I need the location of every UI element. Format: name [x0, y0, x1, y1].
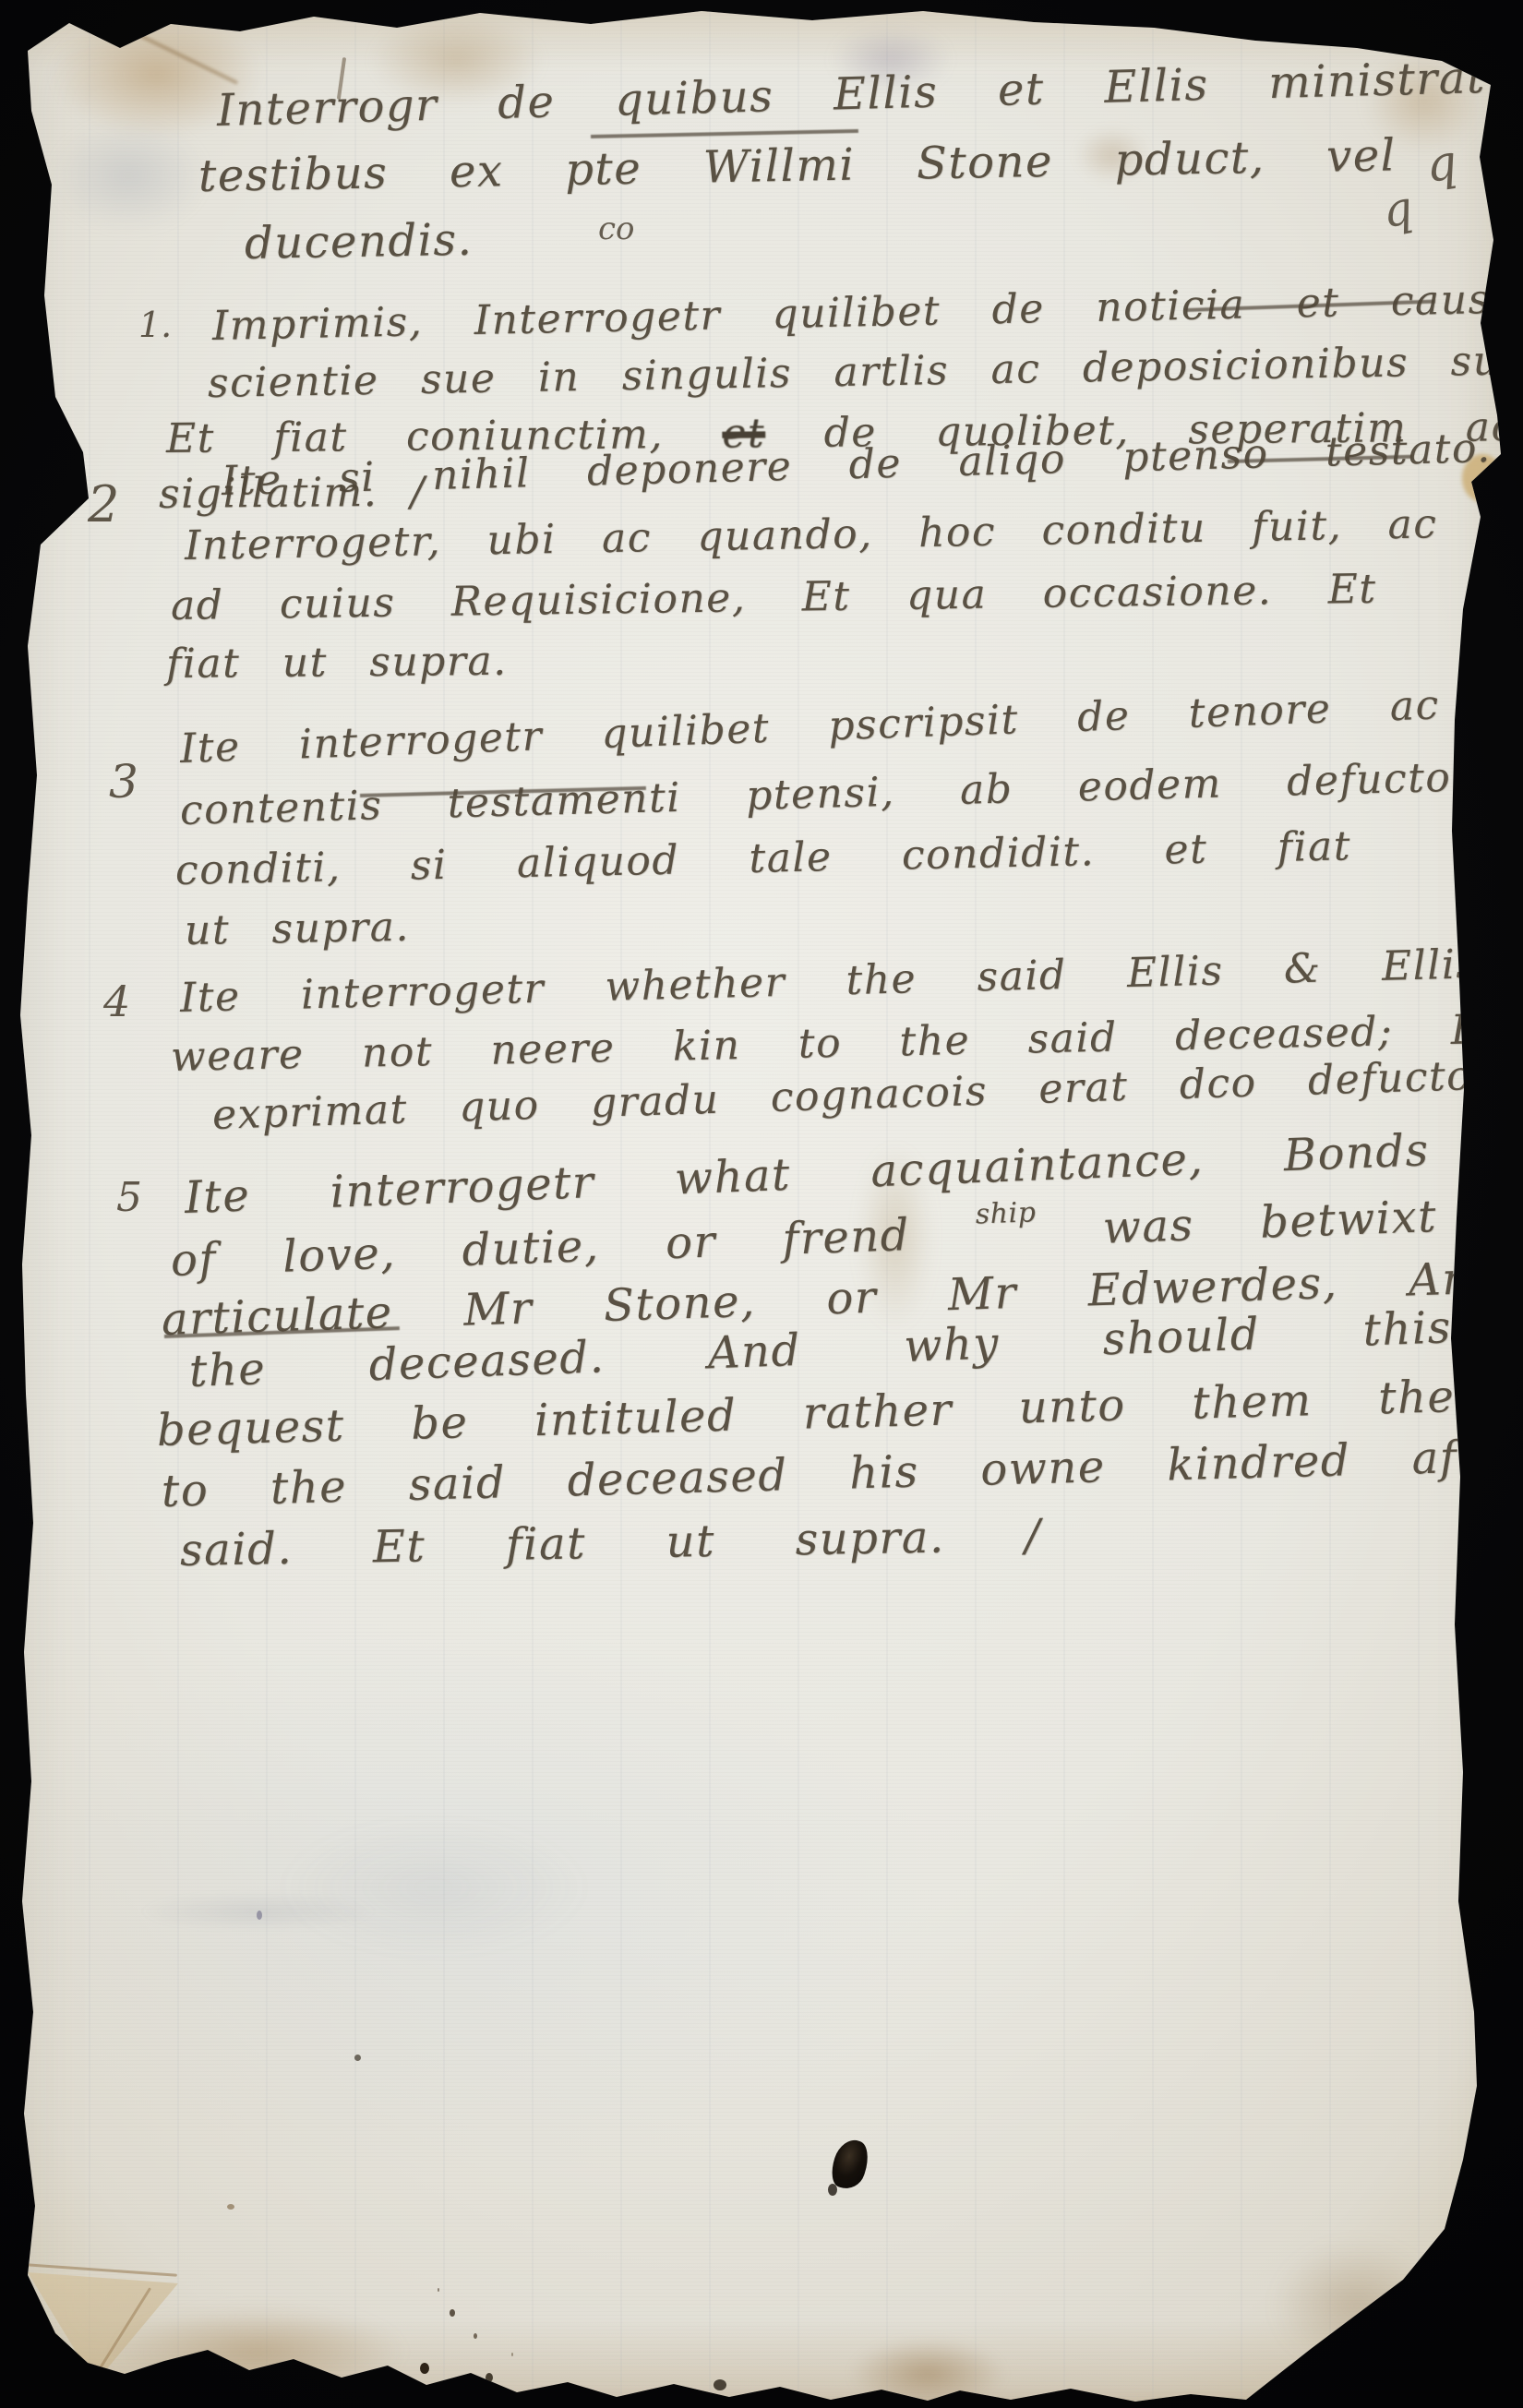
item-3-number: 3 — [109, 755, 138, 809]
stain-bottom-center — [849, 2338, 1006, 2408]
item-3-line-2: contentis testamenti ptensi, ab eodem de… — [179, 754, 1452, 834]
ink-blot-tail — [828, 2184, 837, 2196]
item-1-number: 1. — [138, 305, 172, 345]
flourish-mark-2: q — [1378, 181, 1417, 239]
heading-line-3: ducendis. — [245, 214, 474, 270]
abbreviation-stroke-heading — [591, 129, 858, 138]
bleedthrough-smudge — [277, 1818, 591, 1957]
item-4-number: 4 — [103, 976, 130, 1026]
item-5-line-2-post: was betwixt the — [1102, 1186, 1523, 1254]
item-5-inserted-word: ship — [975, 1196, 1037, 1230]
left-edge-olive-fleck — [28, 406, 65, 489]
heading-line-2: testibus ex pte Willmi Stone pduct, vel — [198, 129, 1397, 202]
speck-small-1 — [354, 2055, 361, 2061]
speck-cluster-bottom — [420, 2363, 429, 2374]
heading-side-mark: co — [598, 210, 635, 247]
speck-purple — [257, 1911, 262, 1920]
paper-sheet: Interrogr de quibus Ellis et Ellis minis… — [0, 0, 1523, 2408]
speck-bottom-mid — [714, 2379, 726, 2390]
manuscript-photo: Interrogr de quibus Ellis et Ellis minis… — [0, 0, 1523, 2408]
speck-small-2 — [227, 2204, 234, 2210]
item-3-line-4: ut supra. — [185, 904, 411, 954]
item-3-line-3: conditi, si aliquod tale condidit. et fi… — [174, 822, 1351, 894]
item-5-line-7: said. Et fiat ut supra. / — [180, 1510, 1042, 1576]
item-2-line-4: fiat ut supra. — [166, 638, 508, 688]
item-2-line-3: ad cuius Requisicione, Et qua occasione.… — [171, 566, 1377, 629]
stain-top-left-gray — [51, 120, 208, 231]
item-2-number: 2 — [88, 475, 119, 533]
item-1-line-2: scientie sue in singulis artlis ac depos… — [208, 337, 1523, 407]
item-1-line-1: Imprimis, Interrogetr quilibet de notici… — [211, 275, 1516, 350]
stain-bottom-right-corner — [1274, 2241, 1440, 2370]
stain-bottom-left — [111, 2306, 406, 2398]
item-5-number: 5 — [116, 1174, 142, 1221]
